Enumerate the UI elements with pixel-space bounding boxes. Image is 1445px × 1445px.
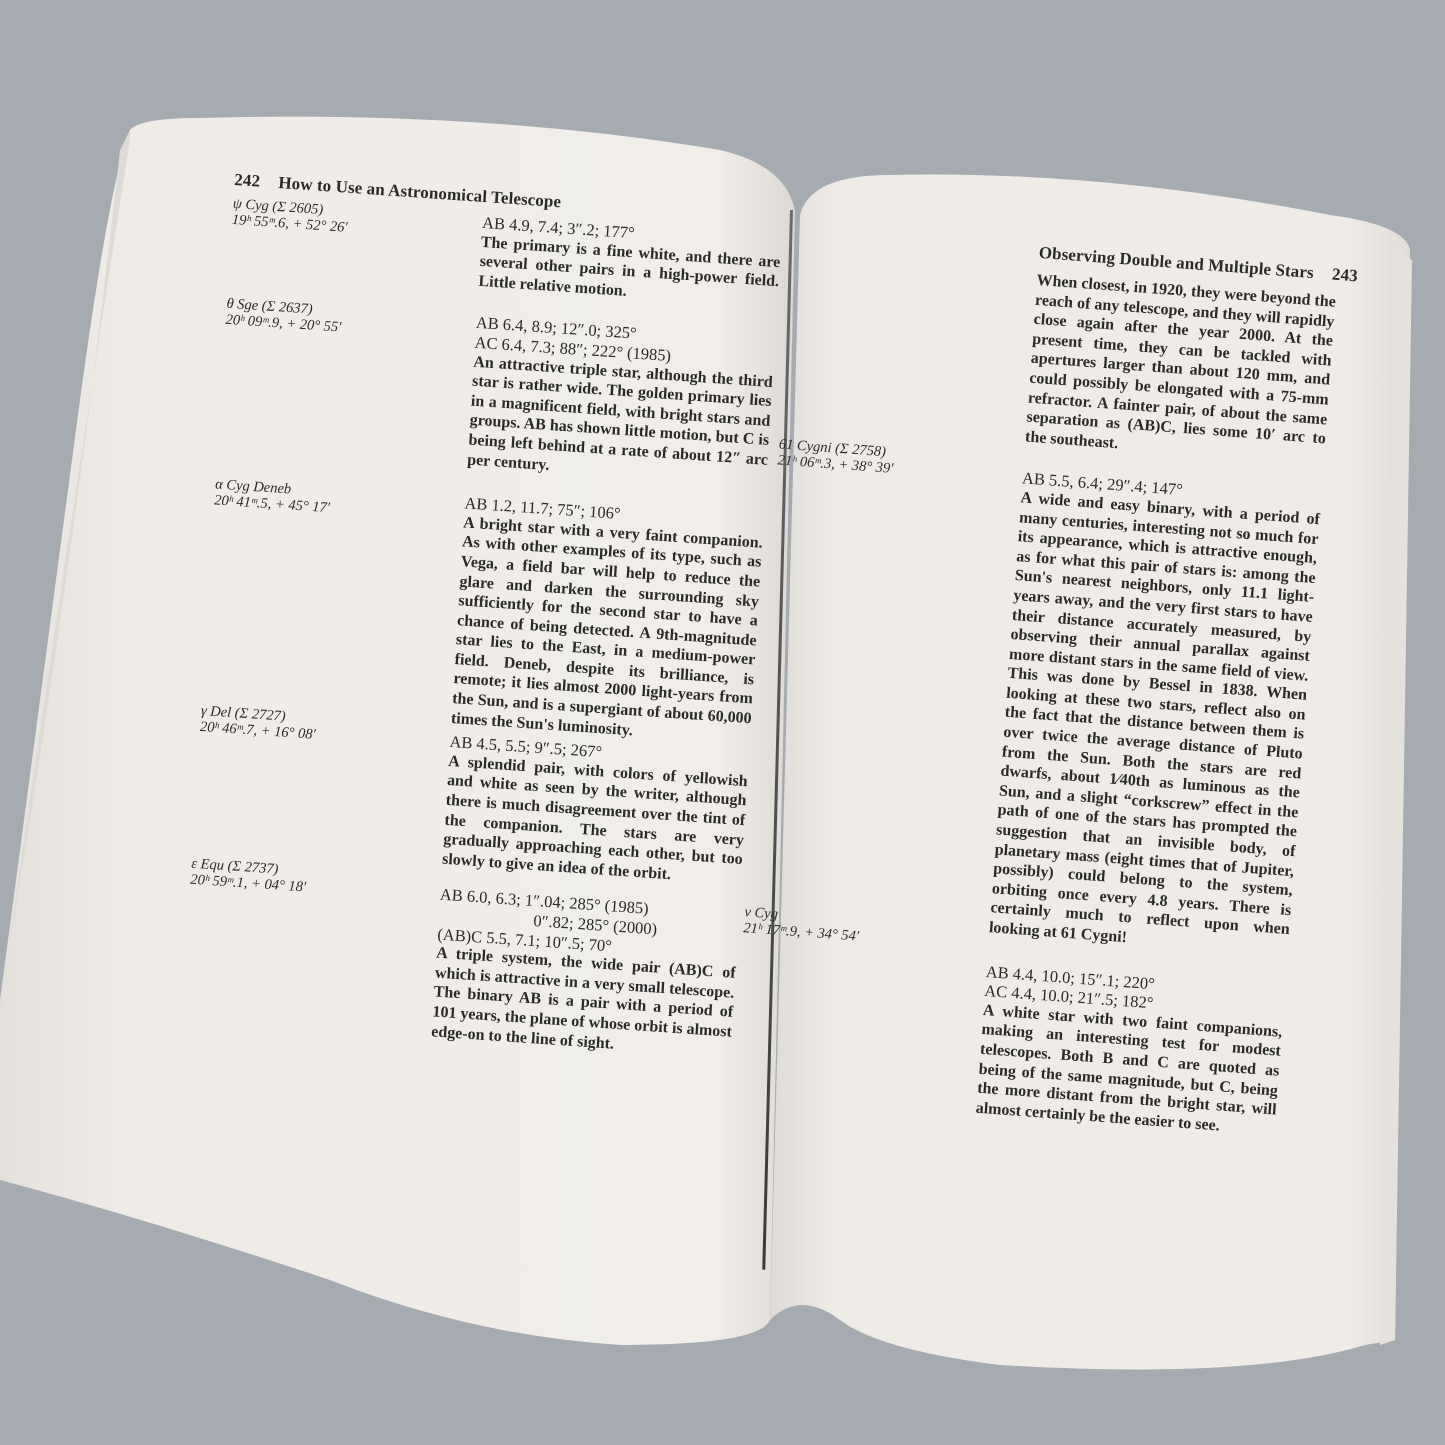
right-page: Observing Double and Multiple Stars 243 … [722, 225, 1359, 1264]
star-description: A splendid pair, with colors of yellowis… [442, 752, 749, 890]
star-description: A wide and easy binary, with a period of… [988, 488, 1320, 959]
left-page: 242 How to Use an Astronomical Telescope… [172, 170, 794, 1206]
star-description: A triple system, the wide pair (AB)C of … [431, 944, 736, 1062]
left-page-number: 242 [234, 170, 261, 191]
star-entry: 61 Cygni (Σ 2758) 21ʰ 06ᵐ.3, + 38° 39′ A… [744, 451, 1342, 961]
star-description: A bright star with a very faint companio… [450, 513, 763, 749]
continued-paragraph: When closest, in 1920, they were beyond … [1024, 271, 1336, 469]
star-description: A white star with two faint companions, … [975, 1001, 1283, 1140]
star-entry: θ Sge (Σ 2637) 20ʰ 09ᵐ.9, + 20° 55′ AB 6… [217, 296, 786, 491]
star-entry: ε Equ (Σ 2737) 20ʰ 59ᵐ.1, + 04° 18′ AB 6… [181, 868, 750, 1063]
star-entry: ν Cyg 21ʰ 17ᵐ.9, + 34° 54′ AB 4.4, 10.0;… [731, 944, 1306, 1142]
star-description: An attractive triple star, although the … [467, 352, 774, 490]
right-page-number: 243 [1331, 264, 1358, 285]
